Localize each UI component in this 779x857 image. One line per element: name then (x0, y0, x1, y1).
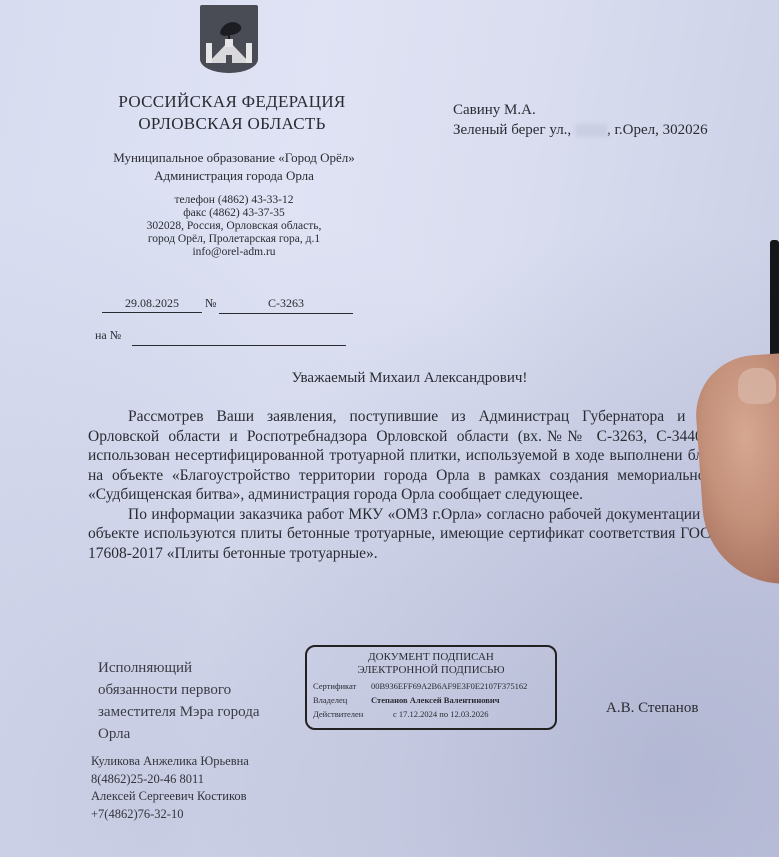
signer-position-line1: Исполняющий (98, 657, 298, 679)
contact-1-name: Куликова Анжелика Юрьевна (91, 753, 249, 771)
document-number: С-3263 (219, 296, 353, 314)
coat-of-arms-icon (200, 5, 258, 73)
document-date: 29.08.2025 (102, 296, 202, 313)
signer-position-line4: Орла (98, 723, 298, 745)
body-paragraph-1: Рассмотрев Ваши заявления, поступившие и… (88, 407, 779, 505)
valid-value: с 17.12.2024 по 12.03.2026 (371, 709, 488, 719)
number-label: № (205, 296, 216, 311)
contacts-block: Куликова Анжелика Юрьевна 8(4862)25-20-4… (91, 753, 249, 823)
stamp-title-1: ДОКУМЕНТ ПОДПИСАН (313, 651, 549, 664)
letterhead-fax: факс (4862) 43-37-35 (100, 207, 368, 220)
owner-value: Степанов Алексей Валентинович (371, 695, 500, 705)
signer-position-line2: обязанности первого (98, 679, 298, 701)
letterhead-address-1: 302028, Россия, Орловская область, (100, 220, 368, 233)
letter-body: Рассмотрев Ваши заявления, поступившие и… (88, 407, 779, 563)
stamp-owner-row: Владелец Степанов Алексей Валентинович (313, 695, 549, 705)
stamp-certificate-row: Сертификат 00B936EFF69A2B6AF9E3F0E2107F3… (313, 681, 549, 691)
stamp-validity-row: Действителен с 17.12.2024 по 12.03.2026 (313, 709, 549, 719)
body-paragraph-2: По информации заказчика работ МКУ «ОМЗ г… (88, 505, 720, 564)
municipality-name: Муниципальное образование «Город Орёл» (84, 150, 384, 166)
recipient-name: Савину М.А. (453, 100, 536, 120)
letterhead-email: info@orel-adm.ru (100, 246, 368, 259)
owner-label: Владелец (313, 695, 371, 705)
reply-to-label: на № (95, 328, 121, 343)
contact-2-phone: +7(4862)76-32-10 (91, 806, 249, 824)
recipient-address-city: , г.Орел, 302026 (607, 122, 708, 138)
phone-edge (770, 240, 779, 360)
valid-label: Действителен (313, 709, 371, 719)
recipient-address-street: Зеленый берег ул., (453, 122, 571, 138)
reply-to-number (132, 330, 346, 346)
signer-position-line3: заместителя Мэра города (98, 701, 298, 723)
contact-1-phone: 8(4862)25-20-46 8011 (91, 771, 249, 789)
contact-2-name: Алексей Сергеевич Костиков (91, 788, 249, 806)
salutation: Уважаемый Михаил Александрович! (0, 370, 779, 387)
country-heading: РОССИЙСКАЯ ФЕДЕРАЦИЯ (104, 92, 360, 112)
region-heading: ОРЛОВСКАЯ ОБЛАСТЬ (104, 114, 360, 134)
signer-position: Исполняющий обязанности первого заместит… (98, 657, 298, 745)
certificate-value: 00B936EFF69A2B6AF9E3F0E2107F375162 (371, 681, 527, 691)
letterhead-address-2: город Орёл, Пролетарская гора, д.1 (100, 233, 368, 246)
signer-name: А.В. Степанов (606, 700, 698, 717)
letterhead-phone: телефон (4862) 43-33-12 (100, 194, 368, 207)
administration-name: Администрация города Орла (84, 168, 384, 184)
e-signature-stamp: ДОКУМЕНТ ПОДПИСАН ЭЛЕКТРОННОЙ ПОДПИСЬЮ С… (305, 645, 557, 730)
thumbnail (738, 368, 776, 404)
stamp-title-2: ЭЛЕКТРОННОЙ ПОДПИСЬЮ (313, 664, 549, 677)
certificate-label: Сертификат (313, 681, 371, 691)
redacted-house-number (575, 124, 607, 137)
recipient-address: Зеленый берег ул., , г.Орел, 302026 (453, 120, 708, 140)
